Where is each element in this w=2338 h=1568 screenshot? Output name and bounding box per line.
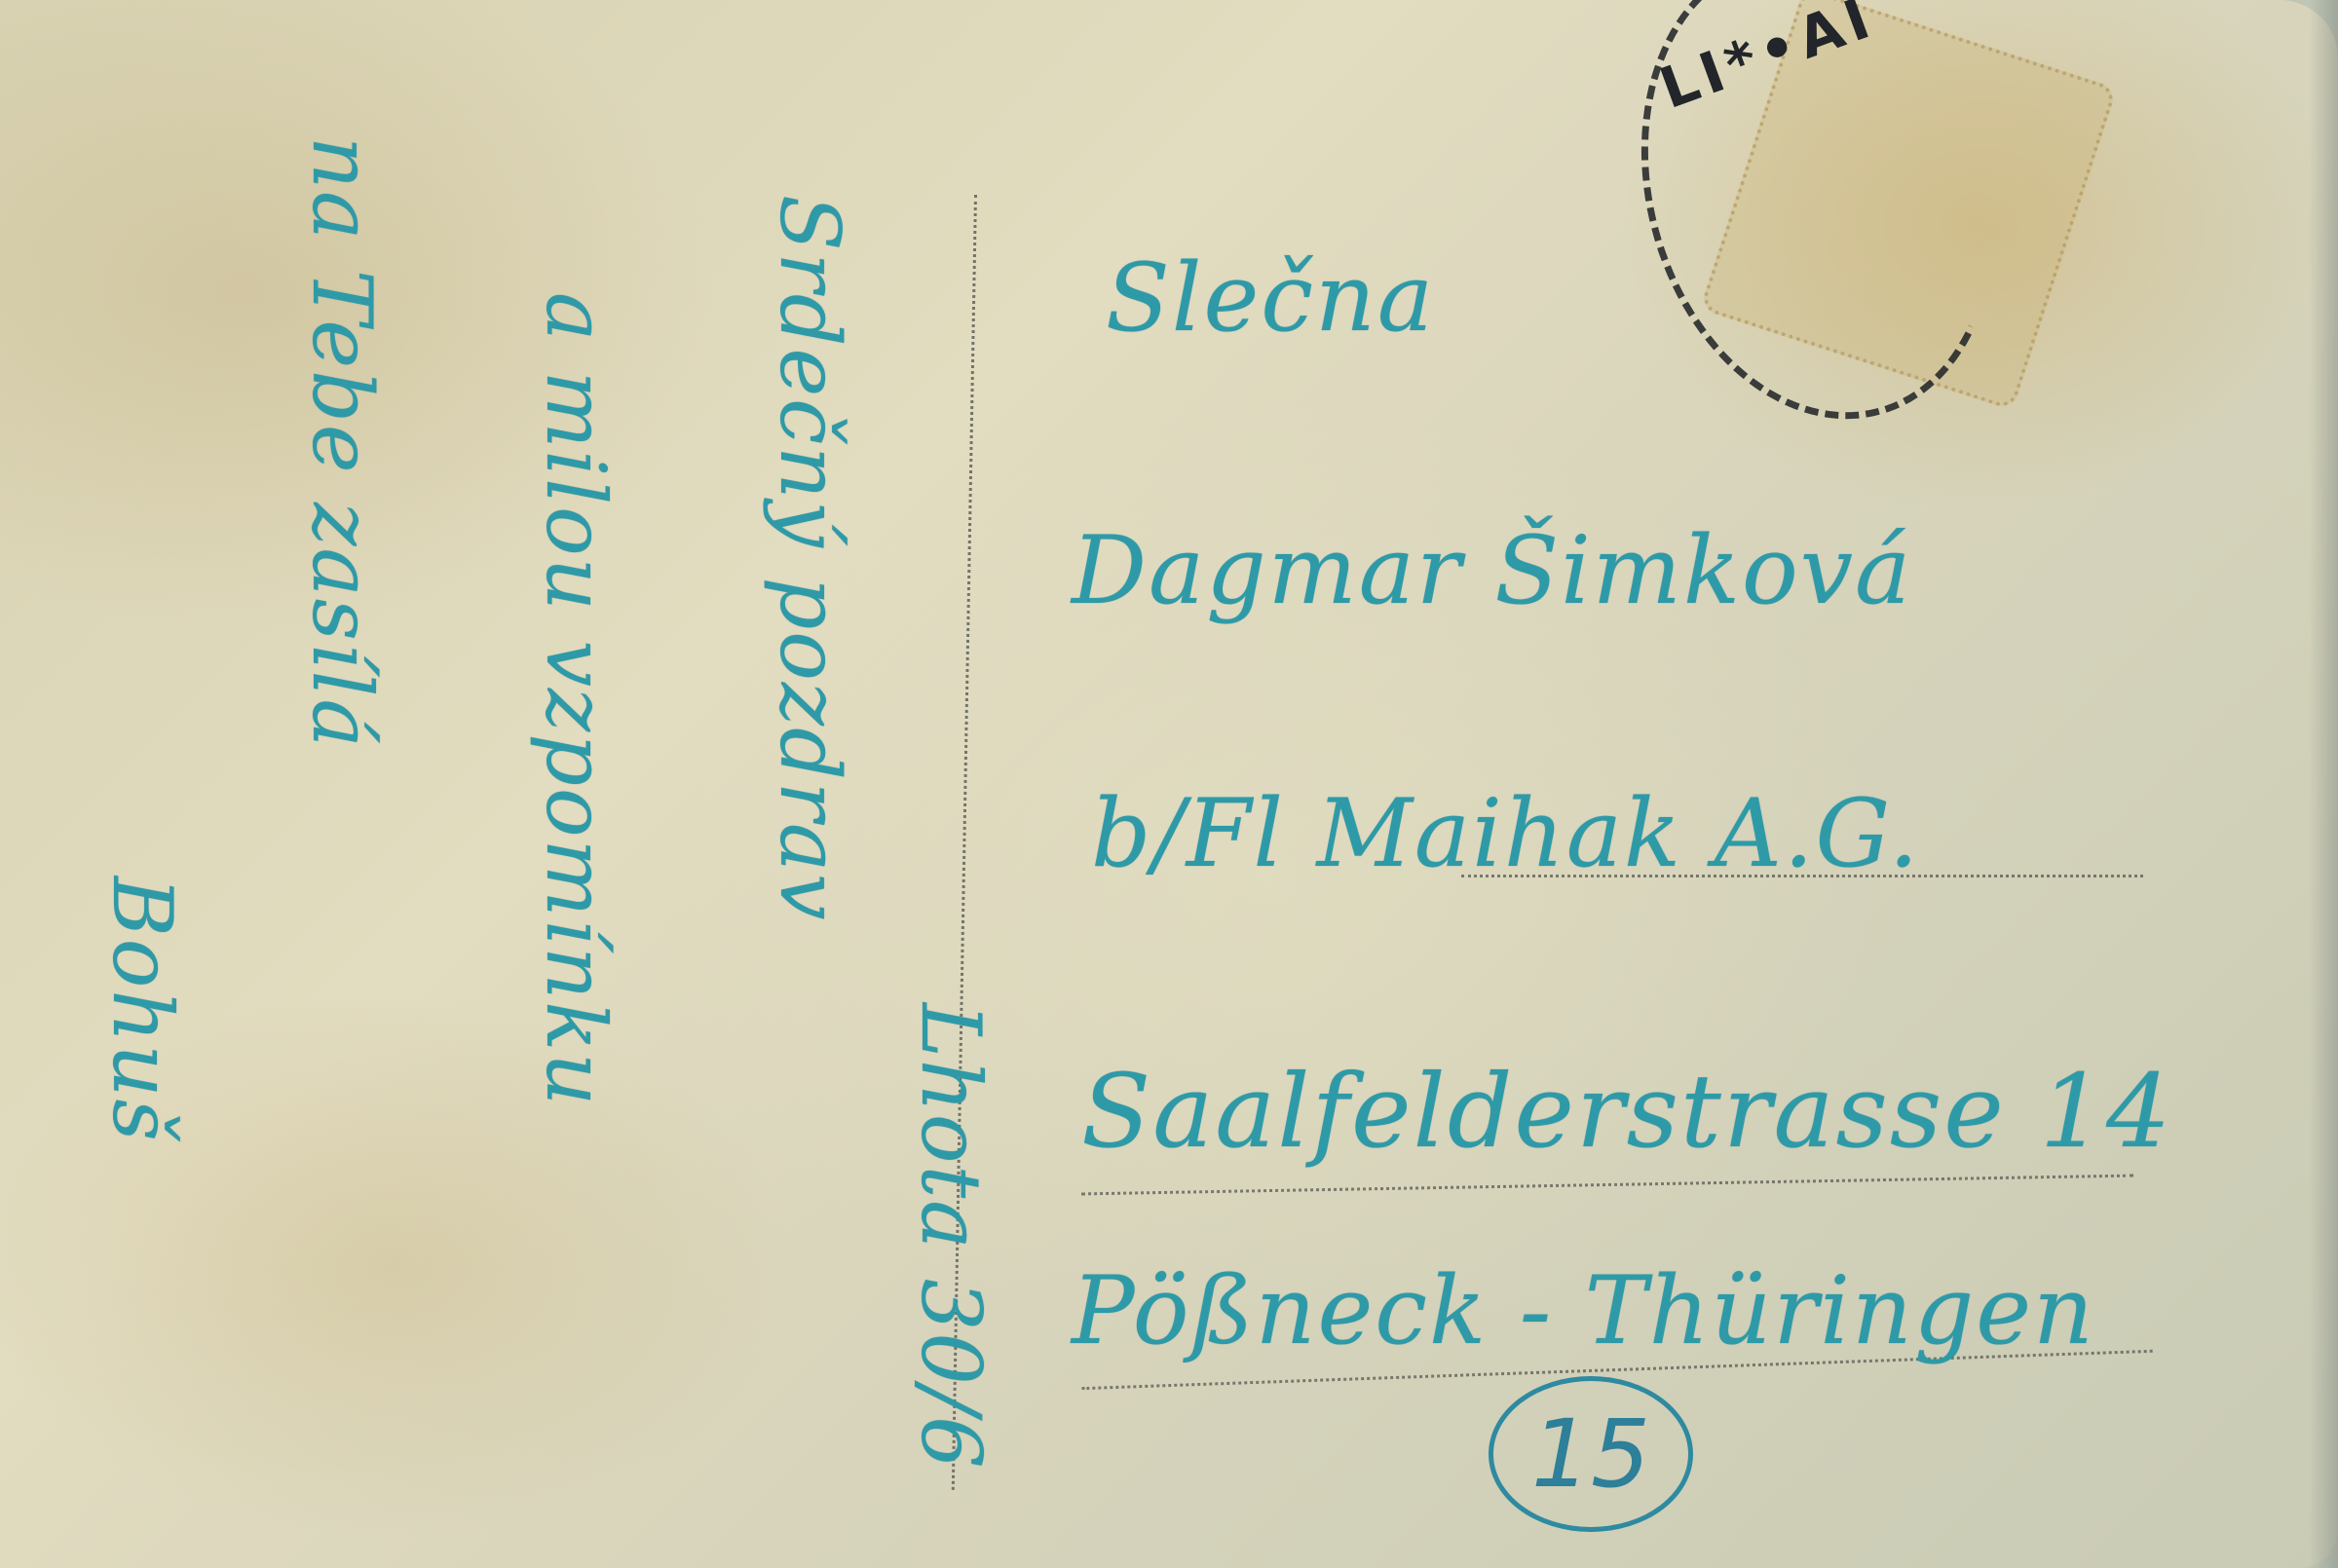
message-date: Lhota 30/6: [903, 1003, 999, 1471]
message-line-4: Bohuš: [94, 877, 190, 1143]
postcard-back: LI*•AI Slečna Dagmar Šimková b/Fl Maihak…: [0, 0, 2338, 1568]
address-city: Pößneck - Thüringen: [1072, 1256, 2095, 1365]
message-line-3: na Tebe zasílá: [294, 136, 390, 750]
message-line-1: Srdečný pozdrav: [762, 195, 857, 922]
address-street: Saalfelderstrasse 14: [1081, 1052, 2172, 1171]
address-name: Dagmar Šimková: [1072, 516, 1912, 625]
address-line-2: [1081, 1175, 2133, 1196]
message-line-2: a milou vzpomínku: [528, 292, 623, 1107]
address-salutation: Slečna: [1106, 243, 1435, 353]
circled-number: 15: [1489, 1376, 1693, 1532]
card-edge-shadow: [2309, 0, 2338, 1568]
address-care-of: b/Fl Maihak A.G.: [1091, 779, 1920, 888]
